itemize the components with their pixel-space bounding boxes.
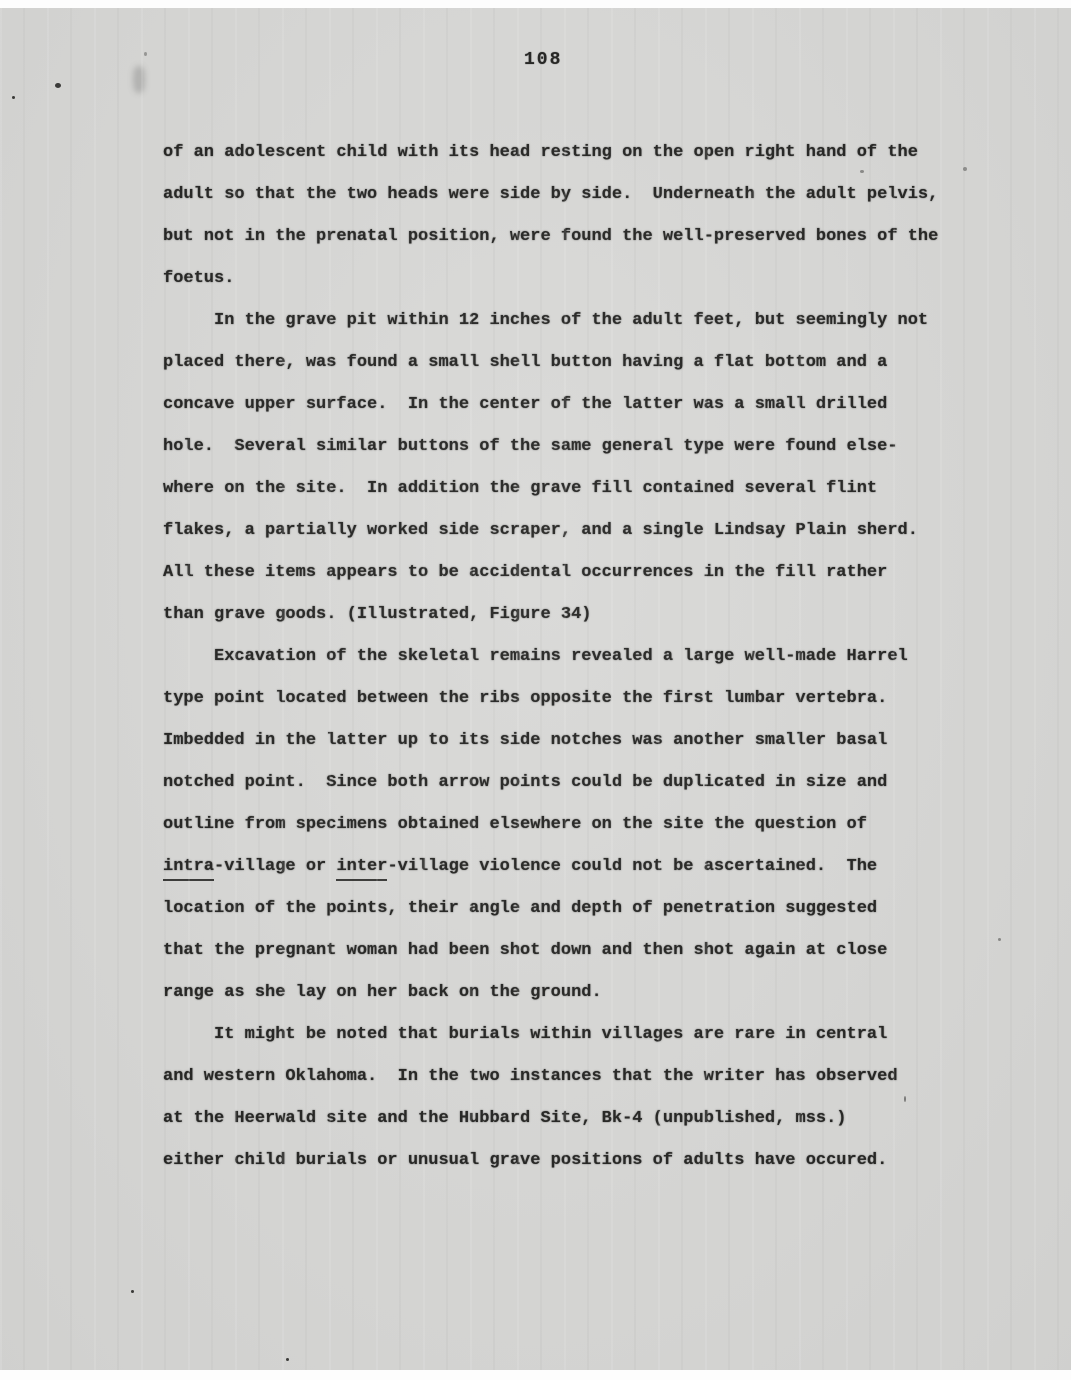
paper-speck	[12, 96, 15, 99]
text-line: adult so that the two heads were side by…	[163, 174, 983, 216]
text-line: and western Oklahoma. In the two instanc…	[163, 1056, 983, 1098]
underlined-word: inter	[336, 855, 387, 881]
paper-speck	[131, 1290, 134, 1293]
paper-speck	[286, 1358, 289, 1361]
text-line: flakes, a partially worked side scraper,…	[163, 510, 983, 552]
underlined-word: intra	[163, 855, 214, 881]
page-number: 108	[524, 50, 562, 70]
text-line: hole. Several similar buttons of the sam…	[163, 426, 983, 468]
scanned-typewritten-page: 108 of an adolescent child with its head…	[0, 0, 1071, 1380]
text-line: but not in the prenatal position, were f…	[163, 216, 983, 258]
paper-speck	[998, 938, 1001, 941]
paper-speck	[55, 83, 61, 88]
text-line: In the grave pit within 12 inches of the…	[163, 300, 983, 342]
text-line: Excavation of the skeletal remains revea…	[163, 636, 983, 678]
text-line: at the Heerwald site and the Hubbard Sit…	[163, 1098, 983, 1140]
text-line: Imbedded in the latter up to its side no…	[163, 720, 983, 762]
text-line: intra-village or inter-village violence …	[163, 846, 983, 888]
text-line: where on the site. In addition the grave…	[163, 468, 983, 510]
text-line: type point located between the ribs oppo…	[163, 678, 983, 720]
text-line: concave upper surface. In the center of …	[163, 384, 983, 426]
paper-smudge	[133, 66, 145, 93]
paper-speck	[860, 170, 864, 173]
text-line: All these items appears to be accidental…	[163, 552, 983, 594]
text-line: location of the points, their angle and …	[163, 888, 983, 930]
text-line: of an adolescent child with its head res…	[163, 132, 983, 174]
text-segment: -village or	[214, 857, 336, 876]
text-line: foetus.	[163, 258, 983, 300]
scan-edge-bottom	[0, 1370, 1071, 1380]
text-segment: -village violence could not be ascertain…	[387, 857, 877, 876]
text-line: than grave goods. (Illustrated, Figure 3…	[163, 594, 983, 636]
text-line: outline from specimens obtained elsewher…	[163, 804, 983, 846]
text-line: that the pregnant woman had been shot do…	[163, 930, 983, 972]
text-line: range as she lay on her back on the grou…	[163, 972, 983, 1014]
text-line: either child burials or unusual grave po…	[163, 1140, 983, 1182]
text-line: It might be noted that burials within vi…	[163, 1014, 983, 1056]
text-line: notched point. Since both arrow points c…	[163, 762, 983, 804]
scan-edge-top	[0, 0, 1071, 8]
paper-speck	[904, 1096, 906, 1102]
text-line: placed there, was found a small shell bu…	[163, 342, 983, 384]
paper-speck	[144, 52, 147, 56]
text-block: of an adolescent child with its head res…	[163, 132, 983, 1182]
paper-speck	[963, 167, 967, 171]
